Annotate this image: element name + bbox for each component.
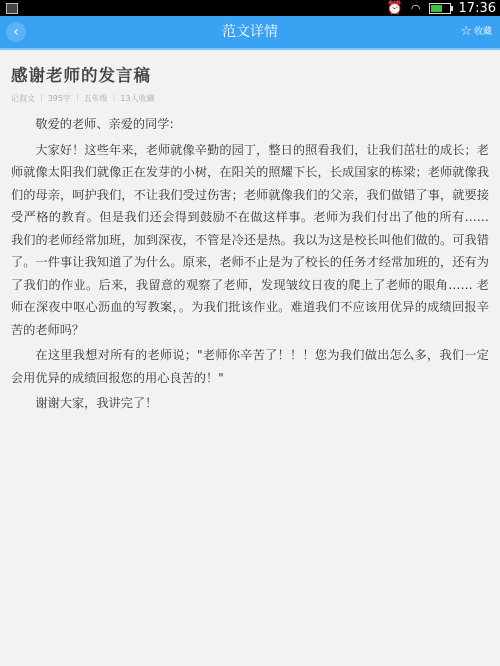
favorite-button[interactable]: ☆ 收藏	[460, 16, 492, 48]
status-bar: ⏰ ◠ 17:36	[0, 0, 500, 16]
meta-genre: 记叙文	[11, 93, 35, 104]
meta-word-count: 395字	[48, 93, 71, 104]
meta-grade: 五年级	[84, 93, 108, 104]
article-paragraph: 在这里我想对所有的老师说；"老师你辛苦了！！！您为我们做出怎么多，我们一定会用优…	[11, 344, 489, 389]
favorite-label: 收藏	[474, 16, 492, 48]
divider: |	[76, 93, 79, 104]
article-paragraph: 谢谢大家，我讲完了！	[11, 392, 489, 415]
status-icons: ⏰ ◠ 17:36	[387, 0, 496, 16]
meta-favorites: 13人收藏	[120, 93, 154, 104]
divider: |	[113, 93, 116, 104]
battery-icon	[429, 3, 451, 14]
star-icon: ☆	[460, 16, 472, 48]
app-thumbnail-icon	[6, 3, 18, 14]
article-paragraph: 大家好！这些年来，老师就像辛勤的园丁，整日的照看我们，让我们茁壮的成长；老师就像…	[11, 139, 489, 342]
article-title: 感谢老师的发言稿	[11, 62, 489, 86]
wifi-icon: ◠	[411, 2, 421, 15]
nav-bar: ‹ 范文详情 ☆ 收藏	[0, 16, 500, 50]
article-meta: 记叙文 | 395字 | 五年级 | 13人收藏	[11, 93, 489, 104]
page-title: 范文详情	[0, 16, 500, 48]
article-paragraph: 敬爱的老师、亲爱的同学:	[11, 113, 489, 136]
clock: 17:36	[459, 1, 496, 16]
article: 感谢老师的发言稿 记叙文 | 395字 | 五年级 | 13人收藏 敬爱的老师、…	[0, 62, 500, 415]
divider: |	[40, 93, 43, 104]
alarm-icon: ⏰	[387, 1, 403, 16]
